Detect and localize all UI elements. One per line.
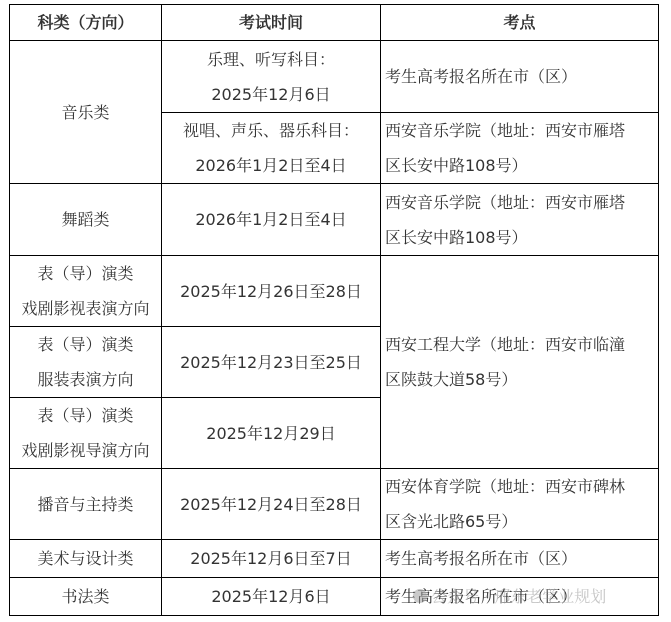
- venue-line: 西安音乐学院（地址：西安市雁塔: [385, 185, 654, 220]
- exam-time-broadcasting: 2025年12月24日至28日: [162, 469, 381, 540]
- category-line: 戏剧影视表演方向: [14, 291, 157, 326]
- venue-line: 西安音乐学院（地址：西安市雁塔: [385, 113, 654, 148]
- venue-broadcasting: 西安体育学院（地址：西安市碑林 区含光北路65号）: [381, 469, 659, 540]
- header-category: 科类（方向）: [10, 5, 162, 41]
- venue-art-design: 考生高考报名所在市（区）: [381, 540, 659, 578]
- exam-time-line: 2026年1月2日至4日: [166, 148, 376, 183]
- exam-time-line: 乐理、听写科目：: [166, 42, 376, 77]
- venue-line: 区含光北路65号）: [385, 504, 654, 539]
- category-music: 音乐类: [10, 41, 162, 184]
- category-line: 表（导）演类: [14, 256, 157, 291]
- category-performance-fashion: 表（导）演类 服装表演方向: [10, 327, 162, 398]
- category-art-design: 美术与设计类: [10, 540, 162, 578]
- category-line: 戏剧影视导演方向: [14, 433, 157, 468]
- exam-time-music-performance: 视唱、声乐、器乐科目： 2026年1月2日至4日: [162, 113, 381, 184]
- venue-line: 区长安中路108号）: [385, 148, 654, 183]
- exam-time-performance-directing: 2025年12月29日: [162, 398, 381, 469]
- category-performance-drama-acting: 表（导）演类 戏剧影视表演方向: [10, 256, 162, 327]
- venue-line: 区长安中路108号）: [385, 220, 654, 255]
- exam-time-calligraphy: 2025年12月6日: [162, 578, 381, 616]
- venue-dance: 西安音乐学院（地址：西安市雁塔 区长安中路108号）: [381, 184, 659, 256]
- category-broadcasting: 播音与主持类: [10, 469, 162, 540]
- header-exam-time: 考试时间: [162, 5, 381, 41]
- category-line: 表（导）演类: [14, 327, 157, 362]
- table-row-music-1: 音乐类 乐理、听写科目： 2025年12月6日 考生高考报名所在市（区）: [10, 41, 659, 113]
- category-line: 表（导）演类: [14, 398, 157, 433]
- exam-schedule-table: 科类（方向） 考试时间 考点 音乐类 乐理、听写科目： 2025年12月6日 考…: [9, 4, 659, 616]
- venue-music-theory: 考生高考报名所在市（区）: [381, 41, 659, 113]
- table-row-art-design: 美术与设计类 2025年12月6日至7日 考生高考报名所在市（区）: [10, 540, 659, 578]
- venue-calligraphy: 考生高考报名所在市（区）: [381, 578, 659, 616]
- table-row-dance: 舞蹈类 2026年1月2日至4日 西安音乐学院（地址：西安市雁塔 区长安中路10…: [10, 184, 659, 256]
- category-dance: 舞蹈类: [10, 184, 162, 256]
- venue-line: 区陕鼓大道58号）: [385, 362, 654, 397]
- table-row-broadcasting: 播音与主持类 2025年12月24日至28日 西安体育学院（地址：西安市碑林 区…: [10, 469, 659, 540]
- exam-time-art-design: 2025年12月6日至7日: [162, 540, 381, 578]
- exam-time-line: 2025年12月6日: [166, 77, 376, 112]
- exam-time-dance: 2026年1月2日至4日: [162, 184, 381, 256]
- exam-time-music-theory: 乐理、听写科目： 2025年12月6日: [162, 41, 381, 113]
- venue-music-performance: 西安音乐学院（地址：西安市雁塔 区长安中路108号）: [381, 113, 659, 184]
- venue-performance: 西安工程大学（地址：西安市临潼 区陕鼓大道58号）: [381, 256, 659, 469]
- header-venue: 考点: [381, 5, 659, 41]
- table-header-row: 科类（方向） 考试时间 考点: [10, 5, 659, 41]
- table-row-performance-drama-acting: 表（导）演类 戏剧影视表演方向 2025年12月26日至28日 西安工程大学（地…: [10, 256, 659, 327]
- exam-time-performance-fashion: 2025年12月23日至25日: [162, 327, 381, 398]
- table-row-calligraphy: 书法类 2025年12月6日 考生高考报名所在市（区）: [10, 578, 659, 616]
- venue-line: 西安体育学院（地址：西安市碑林: [385, 469, 654, 504]
- exam-time-performance-drama-acting: 2025年12月26日至28日: [162, 256, 381, 327]
- category-line: 服装表演方向: [14, 362, 157, 397]
- exam-time-line: 视唱、声乐、器乐科目：: [166, 113, 376, 148]
- category-performance-directing: 表（导）演类 戏剧影视导演方向: [10, 398, 162, 469]
- category-calligraphy: 书法类: [10, 578, 162, 616]
- venue-line: 西安工程大学（地址：西安市临潼: [385, 327, 654, 362]
